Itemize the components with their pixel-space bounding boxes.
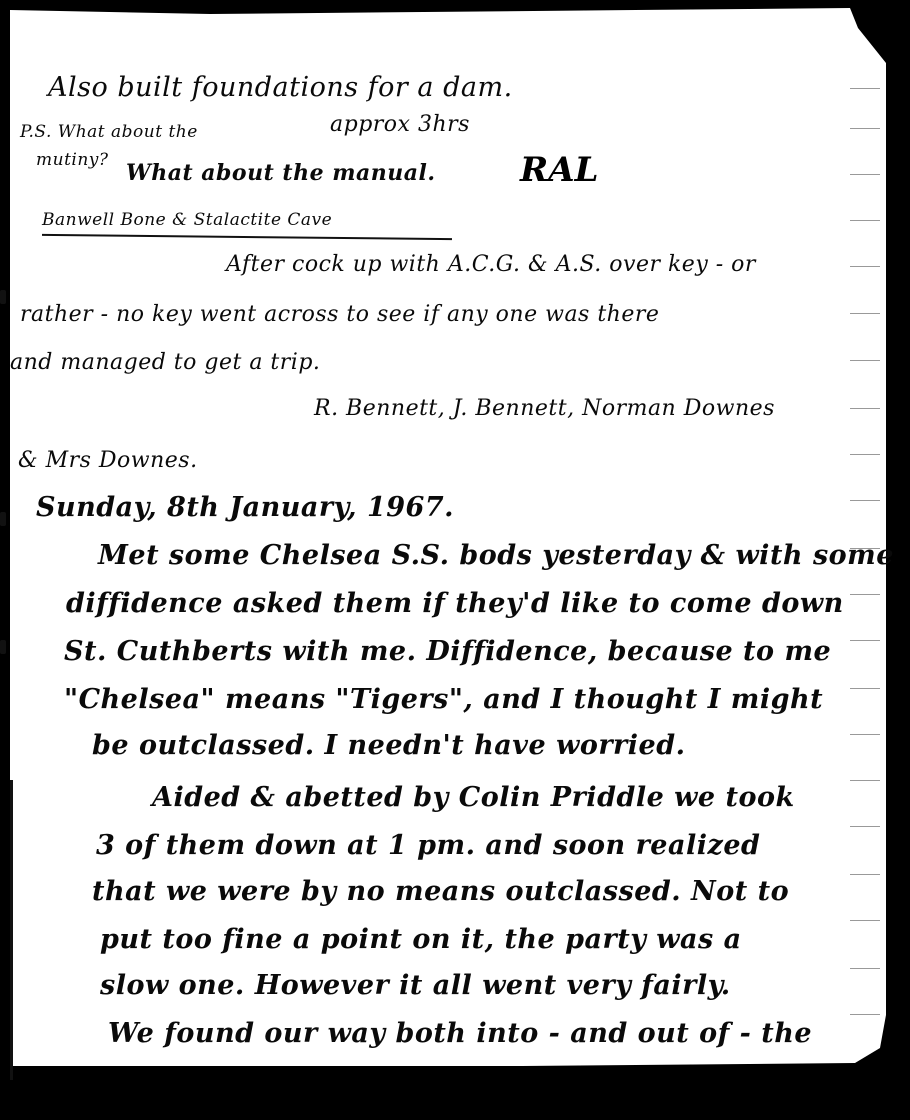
line-diffidence-asked: diffidence asked them if they'd like to … bbox=[66, 588, 844, 619]
ruled-line-tick bbox=[850, 826, 880, 827]
margin-mark bbox=[0, 512, 6, 526]
ruled-line-tick bbox=[850, 594, 880, 595]
line-mrs-downes: & Mrs Downes. bbox=[18, 448, 198, 473]
ruled-line-tick bbox=[850, 454, 880, 455]
ruled-line-tick bbox=[850, 874, 880, 875]
margin-mark bbox=[0, 290, 6, 304]
line-outclassed: be outclassed. I needn't have worried. bbox=[92, 730, 686, 761]
ruled-line-tick bbox=[850, 220, 880, 221]
line-found-our-way: We found our way both into - and out of … bbox=[108, 1018, 812, 1049]
line-rather-no-key: rather - no key went across to see if an… bbox=[20, 302, 659, 327]
ruled-line-tick bbox=[850, 408, 880, 409]
line-party-names: R. Bennett, J. Bennett, Norman Downes bbox=[314, 396, 775, 421]
margin-mark bbox=[0, 640, 6, 654]
ruled-line-tick bbox=[850, 128, 880, 129]
line-chelsea-tigers: "Chelsea" means "Tigers", and I thought … bbox=[64, 684, 823, 715]
line-also-built-dam: Also built foundations for a dam. bbox=[48, 72, 513, 103]
ruled-line-tick bbox=[850, 734, 880, 735]
ruled-line-tick bbox=[850, 688, 880, 689]
line-fine-point: put too fine a point on it, the party wa… bbox=[100, 924, 742, 955]
section-heading-banwell: Banwell Bone & Stalactite Cave bbox=[42, 210, 332, 230]
line-mutiny: mutiny? bbox=[36, 150, 109, 170]
ruled-line-tick bbox=[850, 313, 880, 314]
initials-signature: RAL bbox=[520, 150, 599, 190]
ruled-line-tick bbox=[850, 88, 880, 89]
ruled-line-tick bbox=[850, 968, 880, 969]
line-ps-what-about: P.S. What about the bbox=[20, 122, 198, 142]
line-aided-abetted: Aided & abetted by Colin Priddle we took bbox=[152, 782, 795, 813]
entry-date: Sunday, 8th January, 1967. bbox=[36, 492, 454, 523]
ruled-line-tick bbox=[850, 1014, 880, 1015]
line-what-about-manual: What about the manual. bbox=[126, 160, 436, 186]
ruled-line-tick bbox=[850, 360, 880, 361]
page-margin-line bbox=[10, 780, 13, 1080]
line-slow-one: slow one. However it all went very fairl… bbox=[100, 970, 731, 1001]
line-approx-3hrs: approx 3hrs bbox=[330, 112, 470, 137]
line-managed-trip: and managed to get a trip. bbox=[10, 350, 320, 375]
line-met-chelsea: Met some Chelsea S.S. bods yesterday & w… bbox=[98, 540, 894, 571]
ruled-line-tick bbox=[850, 266, 880, 267]
line-st-cuthberts: St. Cuthberts with me. Diffidence, becau… bbox=[64, 636, 831, 667]
line-after-cock-up: After cock up with A.C.G. & A.S. over ke… bbox=[226, 252, 756, 277]
line-took-three-down: 3 of them down at 1 pm. and soon realize… bbox=[96, 830, 760, 861]
ruled-line-tick bbox=[850, 780, 880, 781]
line-not-outclassed: that we were by no means outclassed. Not… bbox=[92, 876, 789, 907]
ruled-line-tick bbox=[850, 920, 880, 921]
ruled-line-tick bbox=[850, 174, 880, 175]
ruled-line-tick bbox=[850, 640, 880, 641]
ruled-line-tick bbox=[850, 500, 880, 501]
